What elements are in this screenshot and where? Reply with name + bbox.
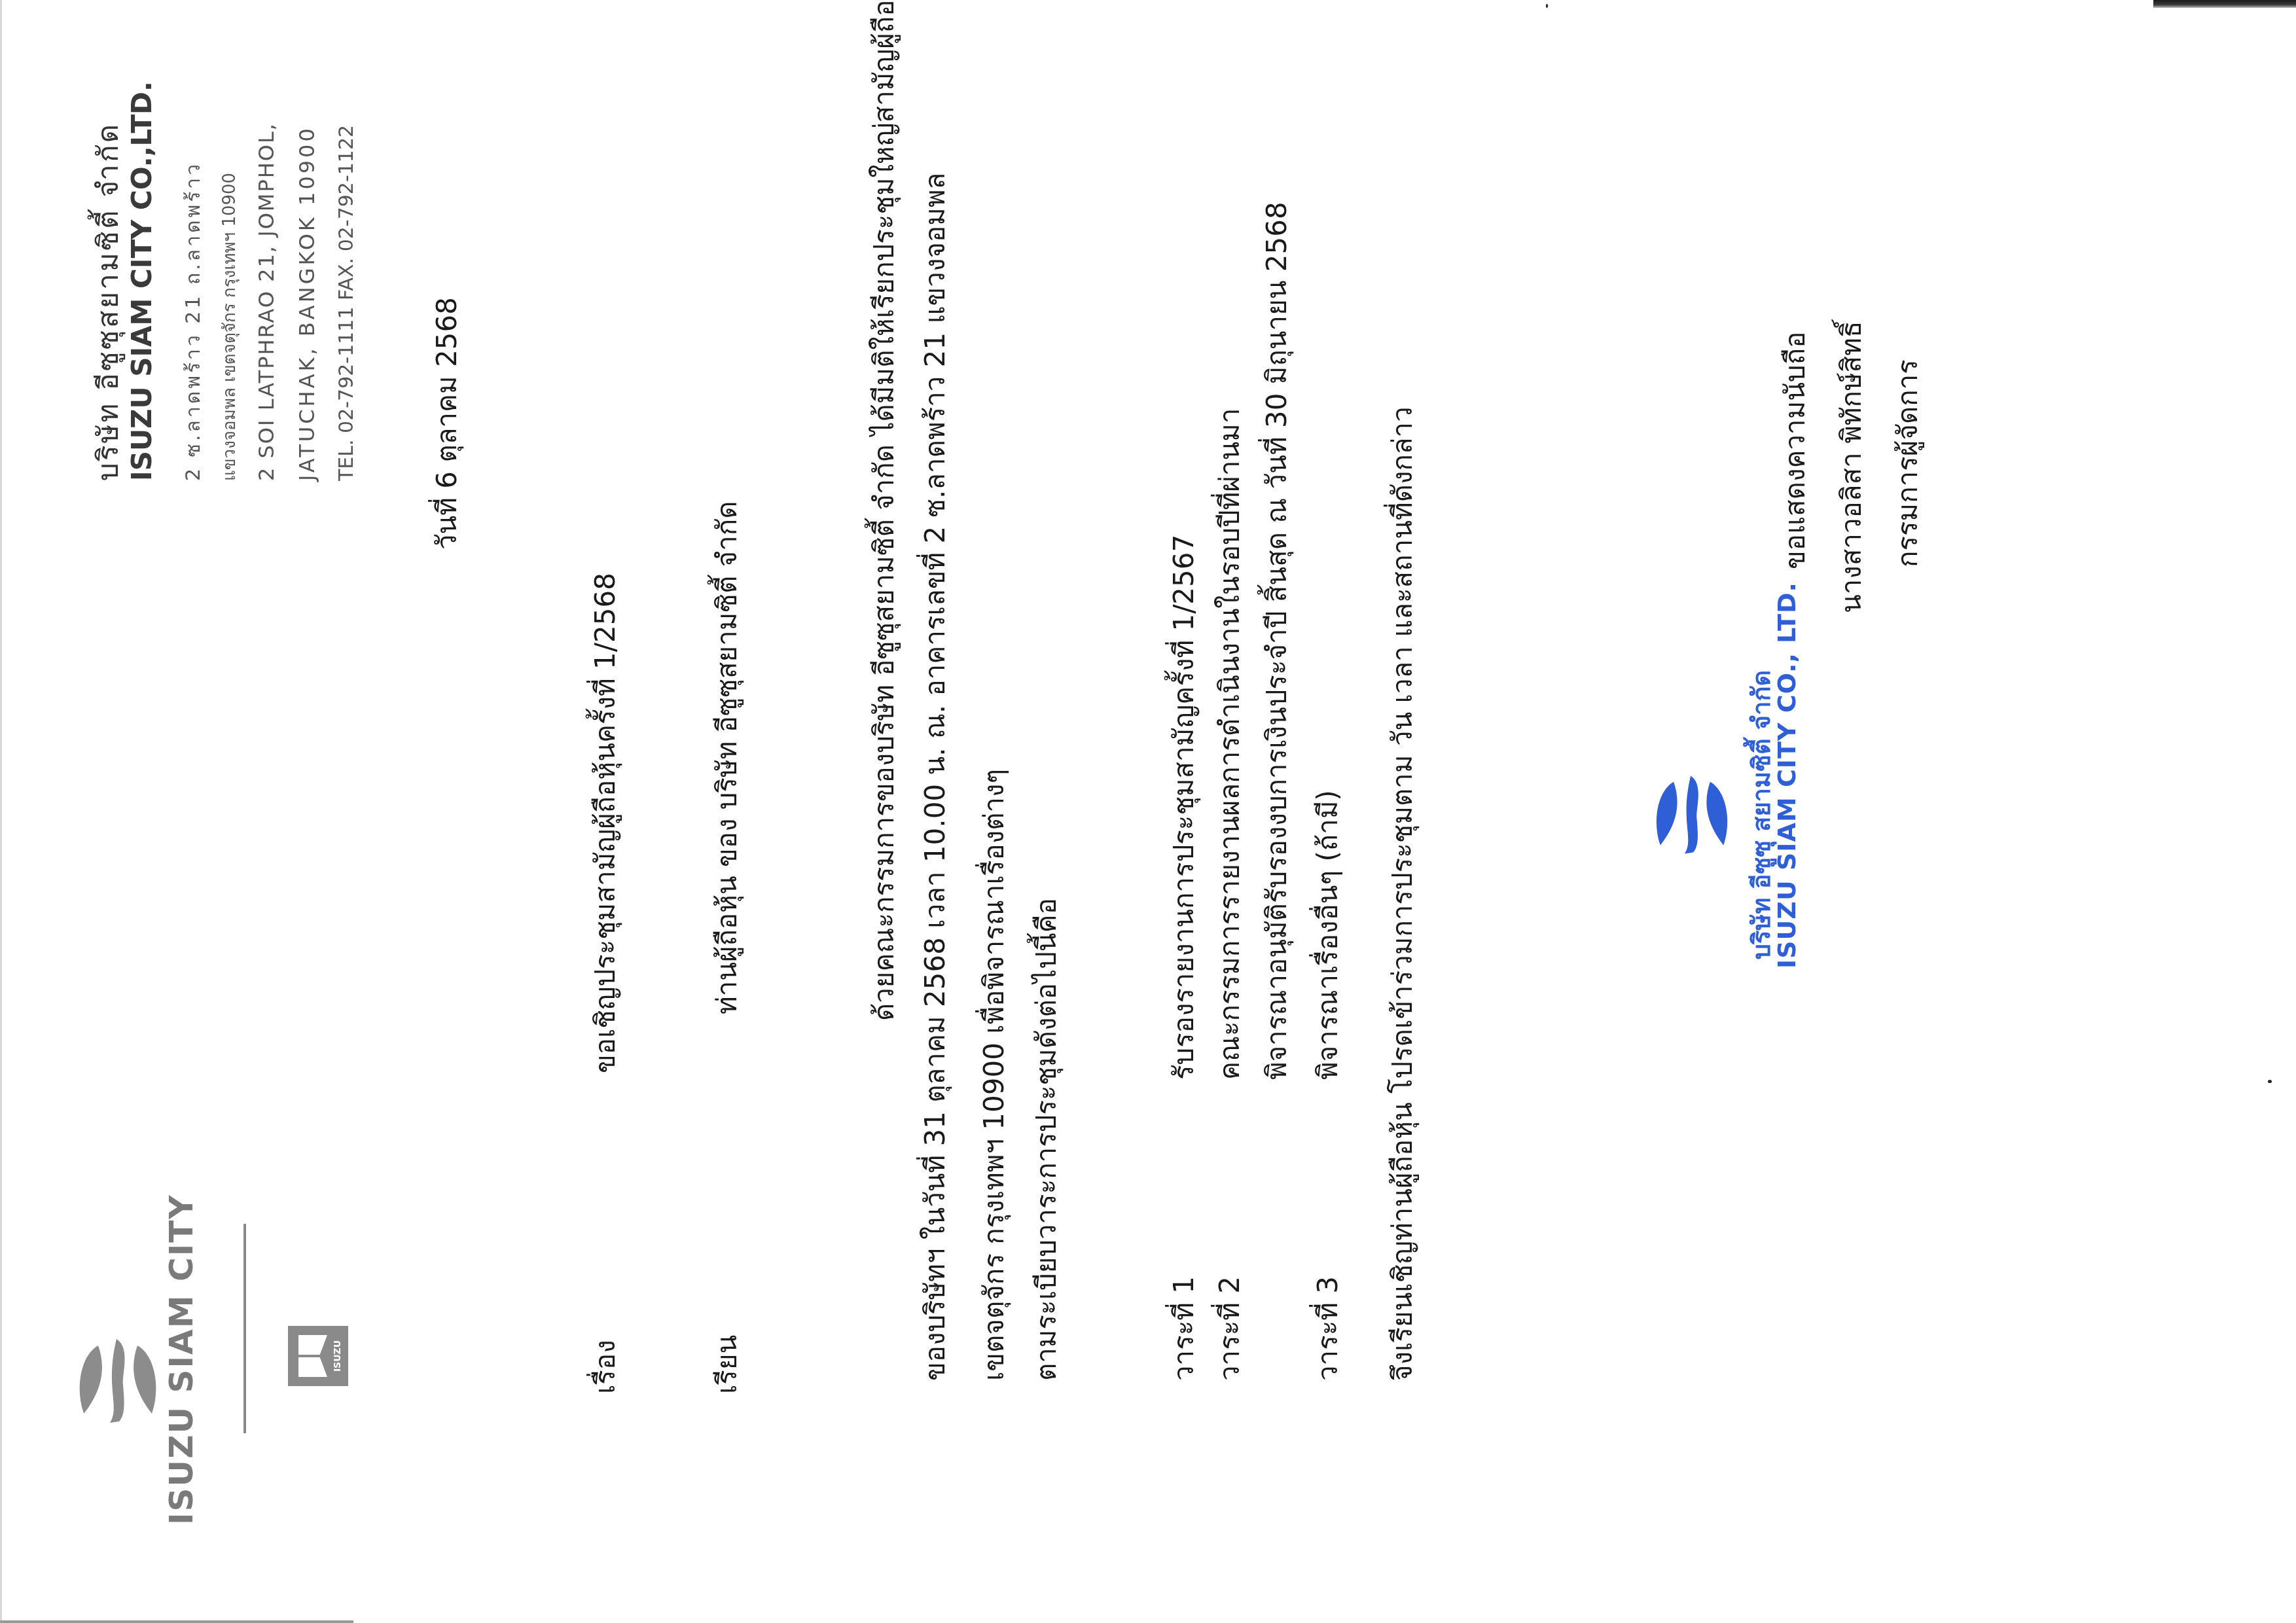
logo-divider (243, 1224, 246, 1433)
company-stamp: บริษัท อีซูซุ สยามซิตี้ จำกัด ISUZU SIAM… (1649, 661, 1820, 969)
to-label: เรียน (706, 1335, 749, 1394)
body-line: เขตจตุจักร กรุงเทพฯ 10900 เพื่อพิจารณาเร… (973, 769, 1016, 1381)
svg-text:ISUZU: ISUZU (332, 1340, 343, 1372)
signer-name: นางสาวอลิสา พิทักษ์สิทธิ์ (1830, 321, 1873, 613)
body-line: ด้วยคณะกรรมการของบริษัท อีซูซุสยามซิตี้ … (863, 0, 906, 1021)
agenda-item-continued: พิจารณาอนุมัติรับรองงบการเงินประจำปี สิ้… (1255, 202, 1299, 1080)
stamp-logo-icon (1649, 772, 1734, 857)
letter-page: ISUZU SIAM CITY ISUZU บริษัท อีซูซุสยามซ… (0, 0, 2296, 1623)
agenda-item: รับรองรายงานการประชุมสามัญครั้งที่ 1/256… (1162, 535, 1206, 1080)
closing-text: จึงเรียนเชิญท่านผู้ถือหุ้น โปรดเข้าร่วมก… (1381, 406, 1424, 1381)
company-name-en: ISUZU SIAM CITY CO.,LTD. (126, 81, 158, 481)
address-th-line-1: 2 ซ.ลาดพร้าว 21 ถ.ลาดพร้าว (178, 162, 209, 481)
isuzu-siam-city-logo-icon (79, 1335, 157, 1427)
body-line: ของบริษัทฯ ในวันที่ 31 ตุลาคม 2568 เวลา … (914, 173, 957, 1381)
stamp-text-en: ISUZU SIAM CITY CO., LTD. (1772, 661, 1801, 969)
agenda-label: วาระที่ 3 (1306, 1276, 1350, 1381)
logo-wordmark: ISUZU SIAM CITY (162, 1211, 200, 1525)
sign-off: ขอแสดงความนับถือ (1774, 332, 1817, 569)
letter-date: วันที่ 6 ตุลาคม 2568 (425, 297, 469, 550)
company-name-th: บริษัท อีซูซุสยามซิตี้ จำกัด (85, 122, 131, 481)
signer-title: กรรมการผู้จัดการ (1886, 359, 1929, 567)
to-text: ท่านผู้ถือหุ้น ของ บริษัท อีซูซุสยามซิตี… (706, 501, 749, 1014)
subject-text: ขอเชิญประชุมสามัญผู้ถือหุ้นครั้งที่ 1/25… (584, 573, 627, 1073)
agenda-label: วาระที่ 2 (1208, 1276, 1251, 1381)
subject-label: เรื่อง (584, 1340, 627, 1394)
address-en-line-1: 2 SOI LATPHRAO 21, JOMPHOL, (254, 122, 279, 481)
isuzu-badge-icon: ISUZU (288, 1326, 348, 1386)
address-en-line-2: JATUCHAK, BANGKOK 10900 (295, 126, 319, 481)
contact-numbers: TEL. 02-792-1111 FAX. 02-792-1122 (335, 125, 358, 481)
body-line: ตามระเบียบวาระการประชุมดังต่อไปนี้คือ (1025, 898, 1068, 1381)
agenda-item: พิจารณาเรื่องอื่นๆ (ถ้ามี) (1306, 790, 1350, 1080)
company-logo: ISUZU SIAM CITY (79, 1211, 209, 1525)
agenda-item: คณะกรรมการรายงานผลการดำเนินงานในรอบปีที่… (1208, 408, 1251, 1080)
agenda-label: วาระที่ 1 (1162, 1276, 1206, 1381)
address-th-line-2: แขวงจอมพล เขตจตุจักร กรุงเทพฯ 10900 (216, 173, 243, 481)
